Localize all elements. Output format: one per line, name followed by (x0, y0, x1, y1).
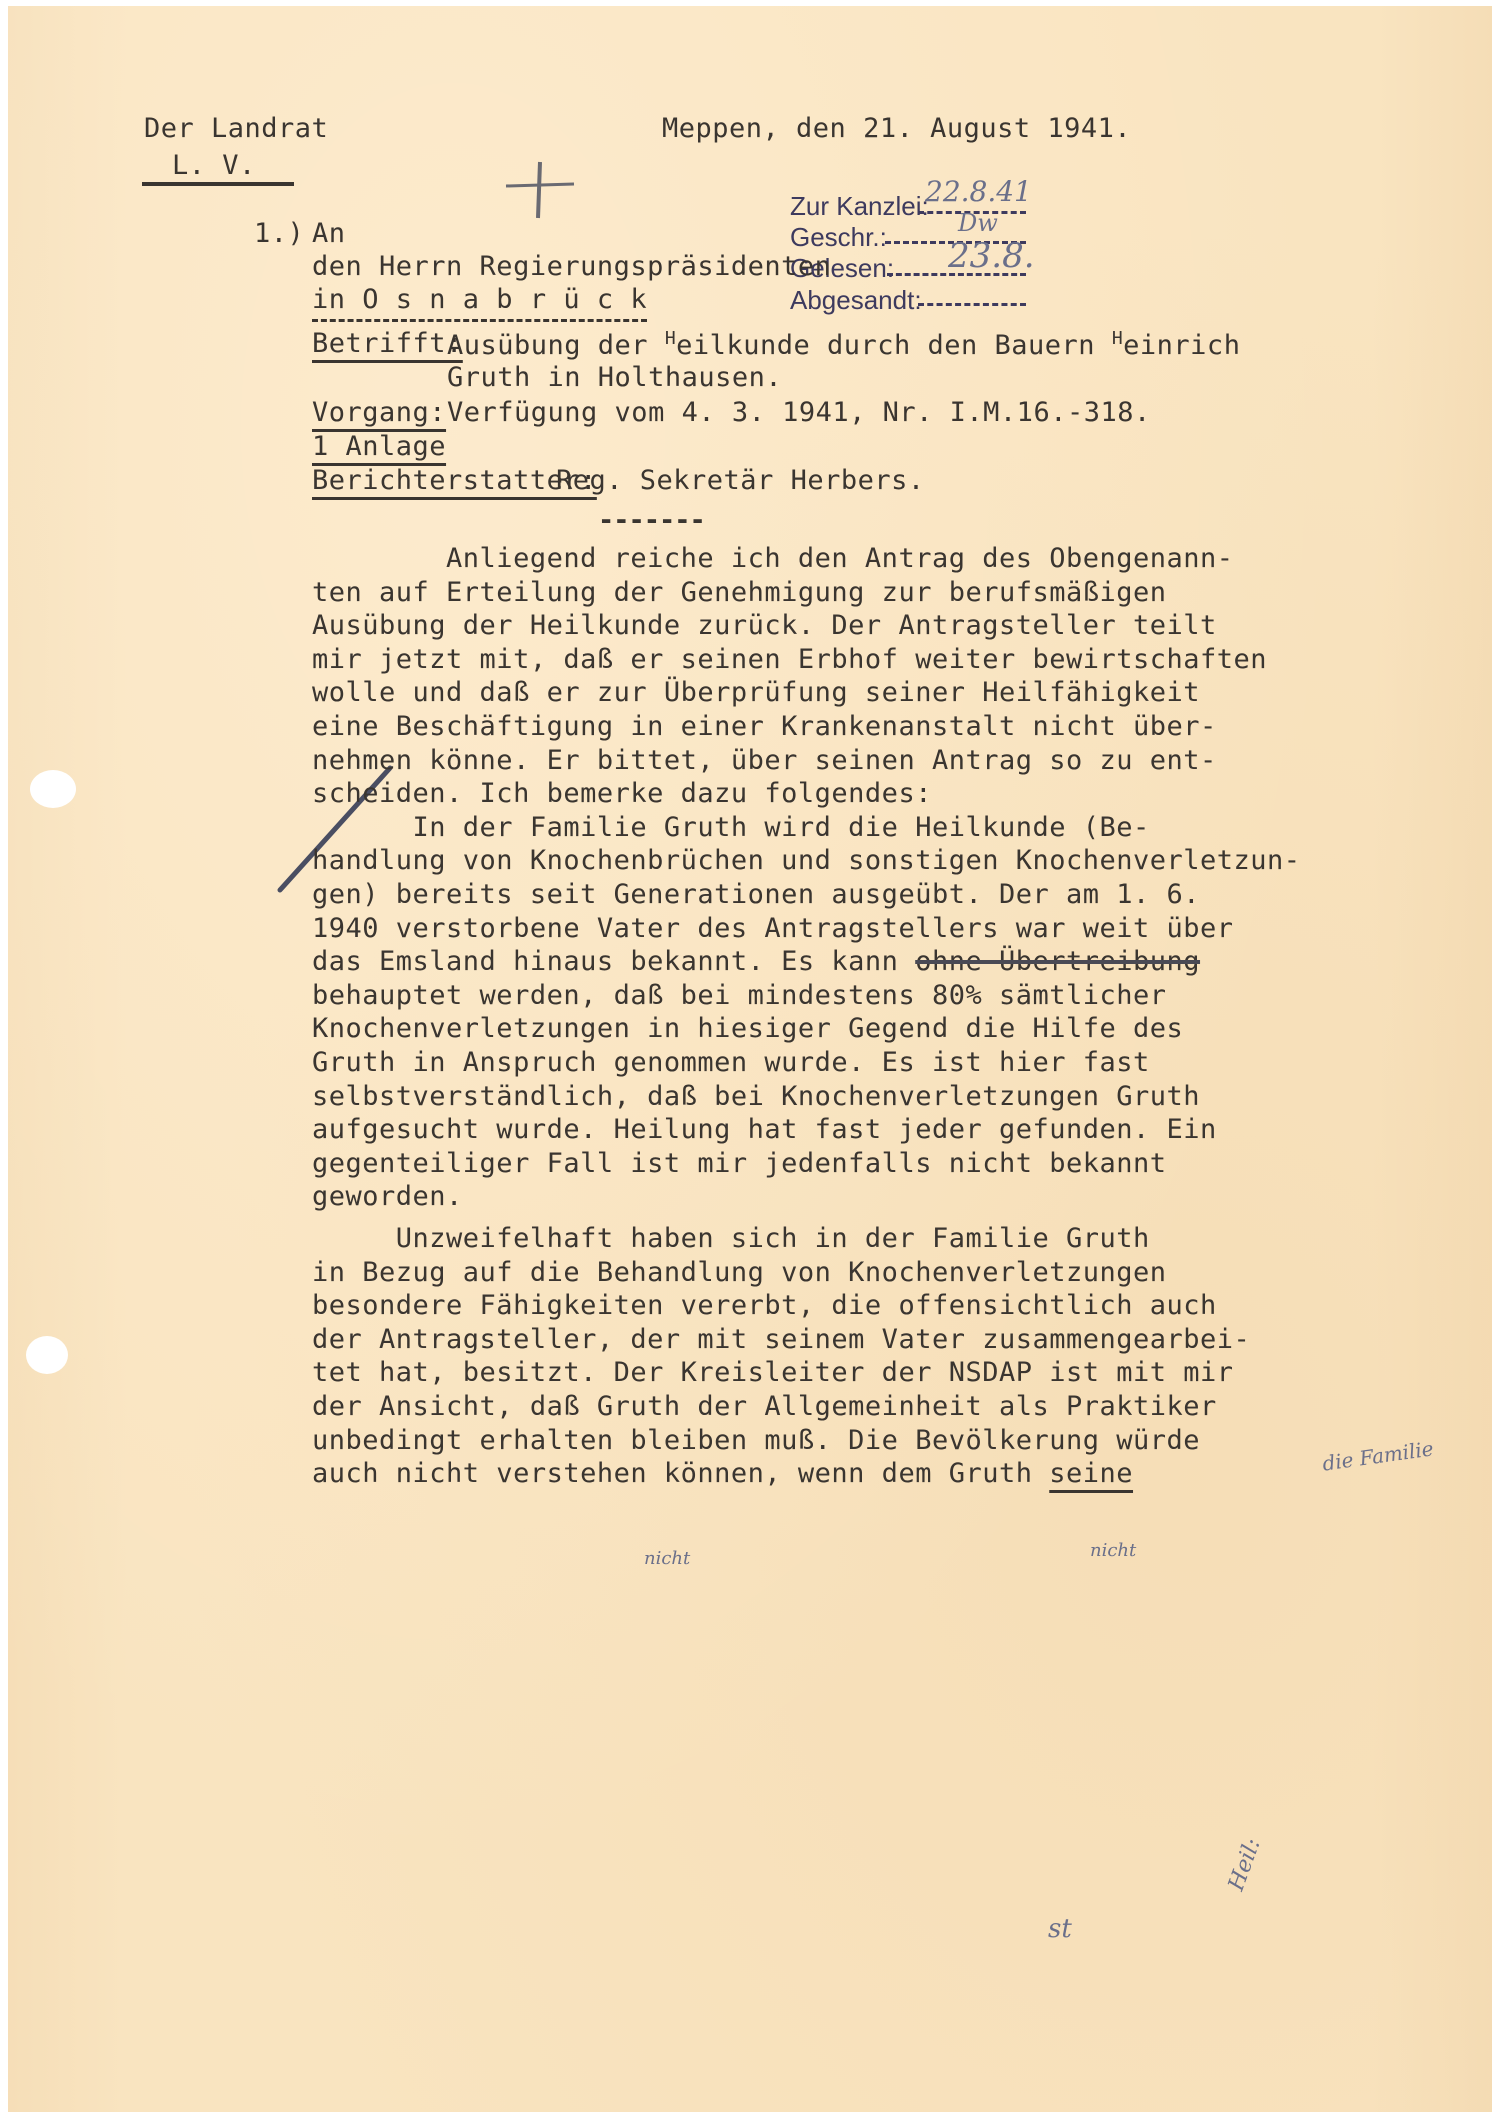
date-line: Meppen, den 21. August 1941. (662, 113, 1131, 144)
berichterstatter-text: Reg. Sekretär Herbers. (556, 465, 925, 496)
stamp-value-geschr: Dw (958, 209, 998, 237)
body-line: der Ansicht, daß Gruth der Allgemeinheit… (312, 1391, 1217, 1422)
anlage-text: 1 Anlage (312, 431, 446, 462)
body-line: handlung von Knochenbrüchen und sonstige… (312, 845, 1301, 876)
betrifft-text-line2: Gruth in Holthausen. (447, 362, 782, 393)
betrifft-text-part: eilkunde durch den Bauern (676, 330, 1112, 361)
betrifft-text-part: einrich (1123, 330, 1240, 361)
body-line: unbedingt erhalten bleiben muß. Die Bevö… (312, 1425, 1200, 1456)
body-line: mir jetzt mit, daß er seinen Erbhof weit… (312, 644, 1267, 675)
body-line: nehmen könne. Er bittet, über seinen Ant… (312, 745, 1217, 776)
body-line: tet hat, besitzt. Der Kreisleiter der NS… (312, 1357, 1234, 1388)
vorgang-text: Verfügung vom 4. 3. 1941, Nr. I.M.16.-31… (447, 397, 1151, 428)
body-line: gegenteiliger Fall ist mir jedenfalls ni… (312, 1148, 1167, 1179)
marginal-annotation: nicht (1090, 1540, 1136, 1561)
body-line: auch nicht verstehen können, wenn dem Gr… (312, 1458, 1133, 1489)
body-line: wolle und daß er zur Überprüfung seiner … (312, 677, 1200, 708)
stamp-value-kanzlei: 22.8.41 (925, 175, 1032, 208)
stamp-field-line (918, 300, 1026, 306)
sender-underline (142, 182, 294, 186)
betrifft-superscript: H (1112, 328, 1123, 349)
stamp-label-geschr: Geschr.: (790, 222, 887, 253)
marginal-annotation: st (1048, 1914, 1072, 1944)
punch-hole (26, 1336, 68, 1374)
body-line: In der Familie Gruth wird die Heilkunde … (312, 812, 1150, 843)
body-line: 1940 verstorbene Vater des Antragsteller… (312, 913, 1234, 944)
address-city: in O s n a b r ü c k (312, 284, 647, 322)
betrifft-text-part: Ausübung der (447, 330, 665, 361)
address-recipient: den Herrn Regierungspräsidenten (312, 251, 831, 282)
body-line: gen) bereits seit Generationen ausgeübt.… (312, 879, 1200, 910)
betrifft-text: Ausübung der Heilkunde durch den Bauern … (447, 328, 1240, 361)
stamp-label-kanzlei: Zur Kanzlei: (790, 191, 929, 222)
betrifft-superscript: H (665, 328, 676, 349)
body-line: Knochenverletzungen in hiesiger Gegend d… (312, 1013, 1183, 1044)
punch-hole (30, 770, 76, 808)
body-line: Gruth in Anspruch genommen wurde. Es ist… (312, 1047, 1150, 1078)
sender-subtitle: L. V. (172, 150, 256, 181)
underlined-word: seine (1049, 1458, 1133, 1489)
separator: ------- (598, 505, 705, 536)
body-line: ten auf Erteilung der Genehmigung zur be… (312, 577, 1167, 608)
body-line: in Bezug auf die Behandlung von Knochenv… (312, 1257, 1167, 1288)
body-line: scheiden. Ich bemerke dazu folgendes: (312, 778, 932, 809)
body-line: der Antragsteller, der mit seinem Vater … (312, 1324, 1250, 1355)
body-line: das Emsland hinaus bekannt. Es kann ohne… (312, 946, 1200, 977)
body-line: selbstverständlich, daß bei Knochenverle… (312, 1081, 1200, 1112)
body-line: Unzweifelhaft haben sich in der Familie … (312, 1223, 1150, 1254)
sender-title: Der Landrat (144, 113, 328, 144)
body-line: Anliegend reiche ich den Antrag des Oben… (312, 543, 1234, 574)
stamp-value-gelesen: 23.8. (948, 236, 1035, 276)
cross-mark-icon (500, 160, 580, 220)
berichterstatter-label: Berichterstatter: (312, 465, 597, 496)
body-line: Ausübung der Heilkunde zurück. Der Antra… (312, 610, 1217, 641)
body-line: besondere Fähigkeiten vererbt, die offen… (312, 1290, 1217, 1321)
body-line: eine Beschäftigung in einer Krankenansta… (312, 711, 1217, 742)
marginal-annotation: nicht (644, 1548, 690, 1569)
body-line: geworden. (312, 1181, 463, 1212)
body-line: behauptet werden, daß bei mindestens 80%… (312, 980, 1167, 1011)
stamp-label-abgesandt: Abgesandt: (790, 285, 922, 316)
struck-text: ohne Übertreibung (915, 946, 1200, 977)
vorgang-label: Vorgang: (312, 397, 446, 428)
betrifft-label: Betrifft: (312, 328, 463, 359)
body-line: aufgesucht wurde. Heilung hat fast jeder… (312, 1114, 1217, 1145)
address-to: An (312, 218, 346, 249)
address-number: 1.) (254, 218, 304, 249)
